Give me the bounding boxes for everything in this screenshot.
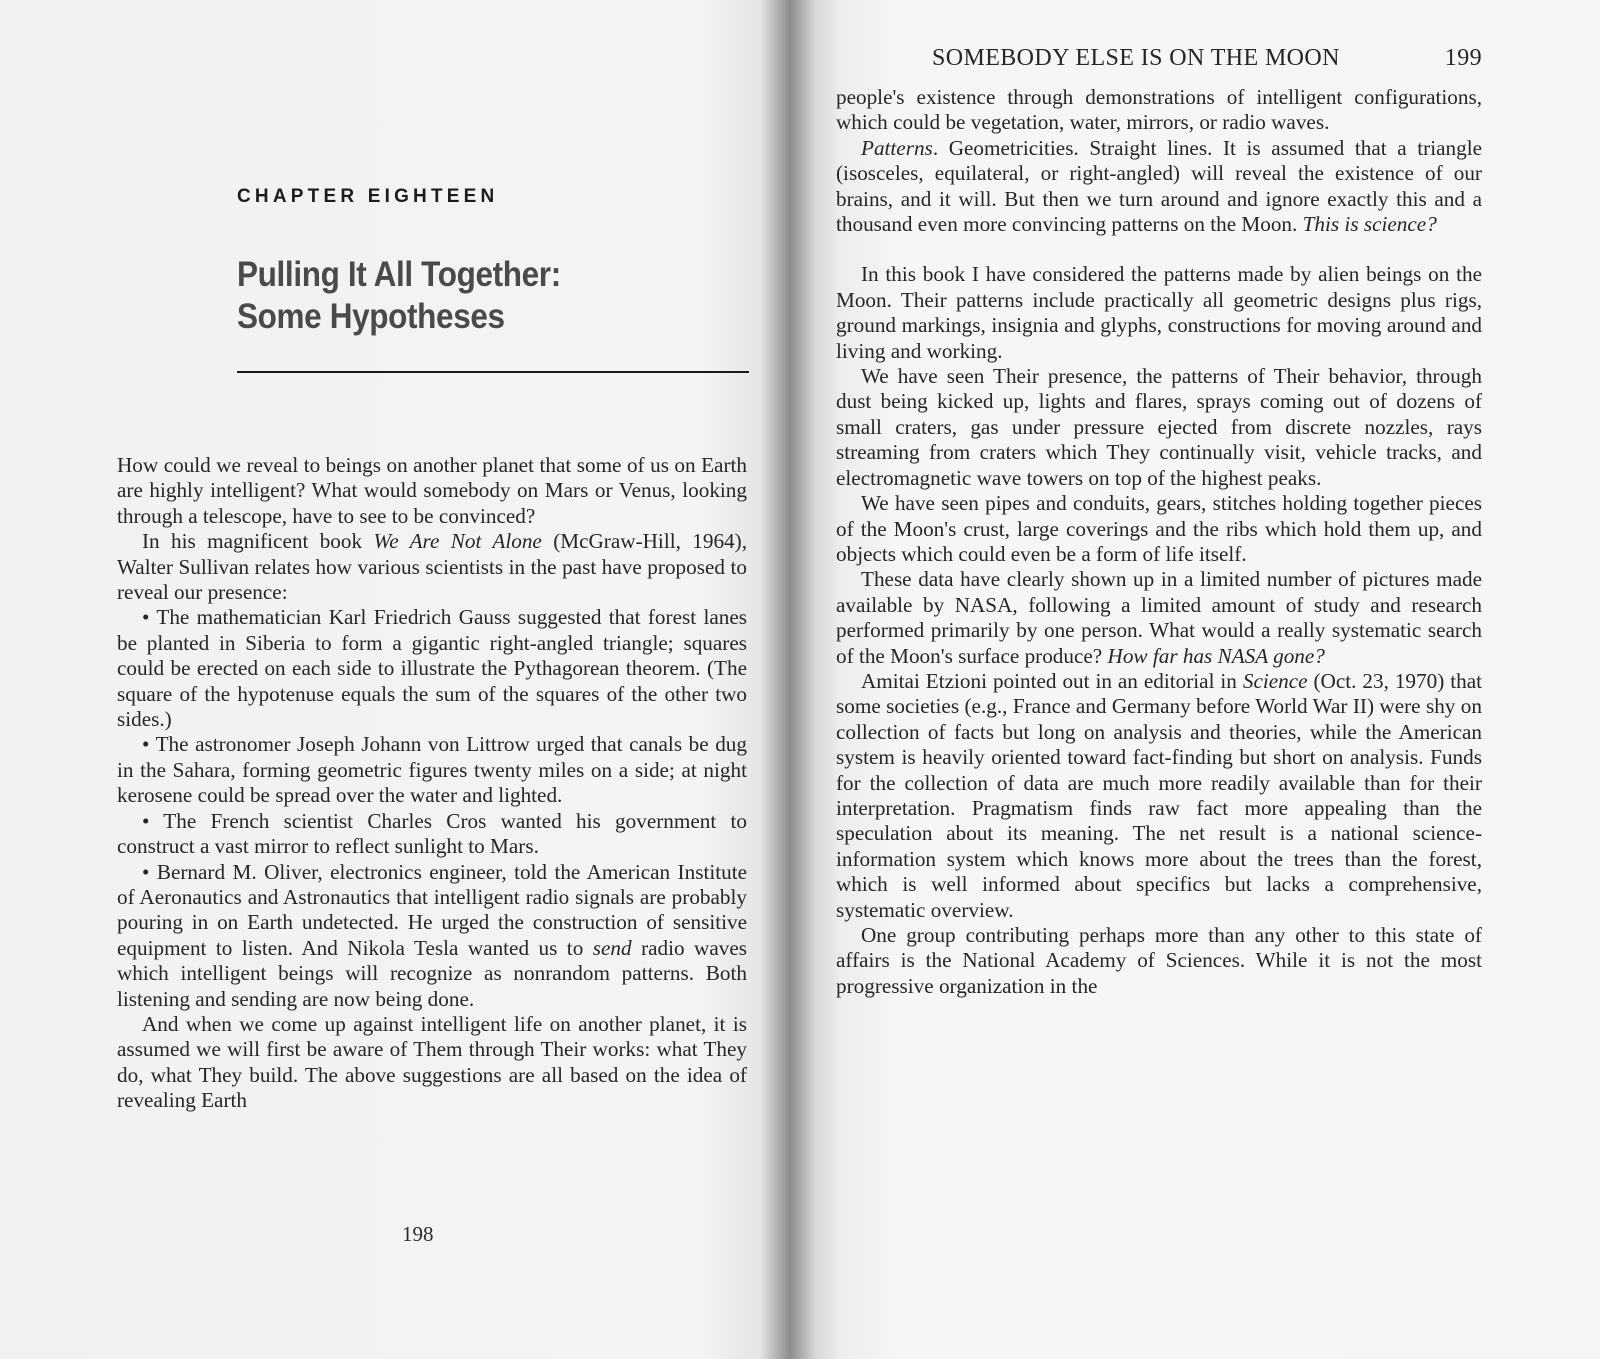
page-number-left: 198	[402, 1222, 434, 1247]
list-item: • Bernard M. Oliver, electronics enginee…	[117, 860, 747, 1012]
running-head: SOMEBODY ELSE IS ON THE MOON 199	[932, 45, 1482, 72]
chapter-title-line-2: Some Hypotheses	[237, 296, 687, 338]
page-number-right: 199	[1445, 45, 1482, 72]
left-page: CHAPTER EIGHTEEN Pulling It All Together…	[0, 0, 780, 1359]
left-body-text: How could we reveal to beings on another…	[117, 453, 747, 1114]
paragraph: people's existence through demonstration…	[836, 85, 1482, 136]
title-rule	[237, 371, 749, 373]
paragraph: Patterns. Geometricities. Straight lines…	[836, 136, 1482, 238]
paragraph: In his magnificent book We Are Not Alone…	[117, 529, 747, 605]
chapter-title: Pulling It All Together: Some Hypotheses	[237, 254, 687, 338]
paragraph: And when we come up against intelligent …	[117, 1012, 747, 1114]
right-body-text: people's existence through demonstration…	[836, 85, 1482, 999]
paragraph: One group contributing perhaps more than…	[836, 923, 1482, 999]
paragraph: In this book I have considered the patte…	[836, 262, 1482, 364]
chapter-label: CHAPTER EIGHTEEN	[237, 186, 498, 208]
paragraph: We have seen Their presence, the pattern…	[836, 364, 1482, 491]
paragraph: How could we reveal to beings on another…	[117, 453, 747, 529]
paragraph: We have seen pipes and conduits, gears, …	[836, 491, 1482, 567]
list-item: • The mathematician Karl Friedrich Gauss…	[117, 605, 747, 732]
paragraph: Amitai Etzioni pointed out in an editori…	[836, 669, 1482, 923]
book-title: We Are Not Alone	[373, 529, 541, 553]
paragraph: These data have clearly shown up in a li…	[836, 567, 1482, 669]
right-page: SOMEBODY ELSE IS ON THE MOON 199 people'…	[820, 0, 1600, 1359]
list-item: • The French scientist Charles Cros want…	[117, 809, 747, 860]
book-spread: CHAPTER EIGHTEEN Pulling It All Together…	[0, 0, 1600, 1359]
list-item: • The astronomer Joseph Johann von Littr…	[117, 732, 747, 808]
journal-title: Science	[1243, 669, 1308, 693]
running-head-title: SOMEBODY ELSE IS ON THE MOON	[932, 45, 1340, 72]
chapter-title-line-1: Pulling It All Together:	[237, 254, 687, 296]
